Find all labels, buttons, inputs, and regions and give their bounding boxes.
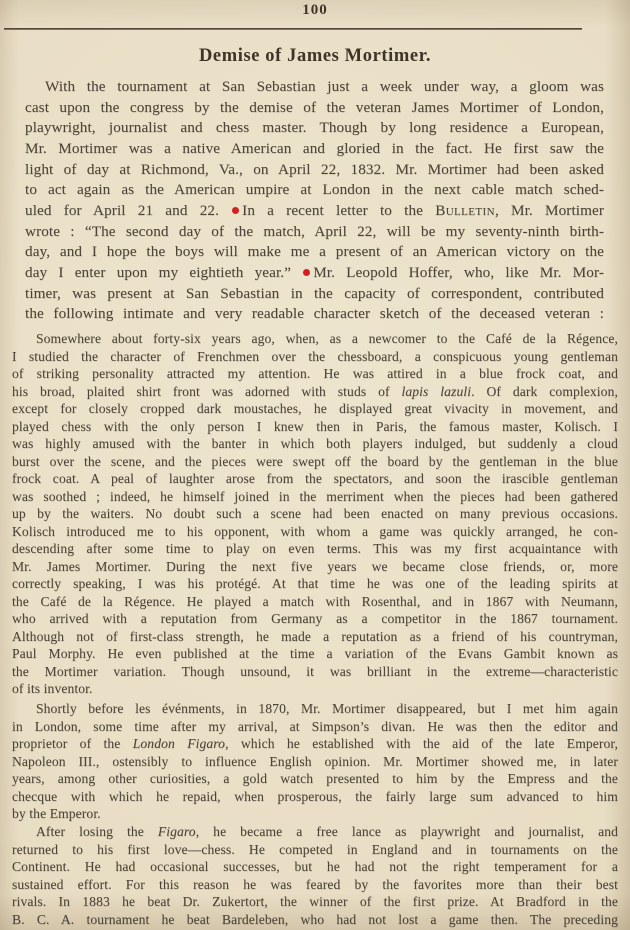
text-segment: to act again as the American umpire at L…	[25, 181, 604, 198]
text-segment: Mr. James Mortimer. During the next five…	[12, 559, 618, 574]
text-segment: , which he established with the aid of t…	[225, 736, 618, 751]
text-segment: correctly speaking, I was his protégé. A…	[12, 576, 618, 591]
text-line: rivals. In 1883 he beat Dr. Zukertort, t…	[12, 893, 618, 911]
header-rule	[4, 28, 582, 30]
text-line: in London, some time after my arrival, a…	[12, 718, 618, 736]
text-segment: wrote : “The second day of the match, Ap…	[25, 223, 604, 240]
text-line: Napoleon III., ostensibly to influence E…	[12, 753, 618, 771]
text-segment: After losing the	[36, 824, 158, 839]
text-segment: of striking personality attracted my att…	[12, 366, 618, 381]
text-segment: , Mr. Mortimer	[495, 202, 604, 219]
text-segment: descending after some time to play on ev…	[12, 541, 618, 556]
page-number: 100	[0, 2, 630, 19]
text-line: proprietor of the London Figaro, which h…	[12, 735, 618, 753]
text-segment: played chess with the only person I knew…	[12, 419, 618, 434]
text-line: playwright, journalist and chess master.…	[25, 118, 604, 139]
text-segment: I studied the character of Frenchmen ove…	[12, 349, 618, 364]
text-segment: Paul Morphy. He even published at the ti…	[12, 646, 618, 661]
text-line: frock coat. A peal of laughter arose fro…	[12, 470, 618, 488]
text-line: sustained effort. For this reason he was…	[12, 876, 618, 894]
text-segment: was highly amused with the banter in whi…	[12, 436, 618, 451]
text-segment: proprietor of the	[12, 736, 133, 751]
text-line: of its inventor.	[12, 680, 618, 698]
text-line: except for closely cropped dark moustach…	[12, 400, 618, 418]
paragraph-1: With the tournament at San Sebastian jus…	[25, 77, 604, 325]
text-segment: the Café de la Régence. He played a matc…	[12, 594, 618, 609]
text-line: Kolisch introduced me to his opponent, w…	[12, 523, 618, 541]
text-segment: Somewhere about forty-six years ago, whe…	[36, 331, 618, 346]
paragraph-3: Shortly before les événments, in 1870, M…	[12, 700, 618, 823]
text-segment: returned to his first love—chess. He com…	[12, 842, 618, 857]
red-dot-marker-icon	[232, 207, 239, 214]
text-line: Although not of first-class strength, he…	[12, 628, 618, 646]
text-segment: lapis lazuli	[401, 384, 471, 399]
text-line: was soothed ; indeed, he himself joined …	[12, 488, 618, 506]
text-line: After losing the Figaro, he became a fre…	[12, 823, 618, 841]
text-line: the following intimate and very readable…	[25, 304, 604, 325]
text-segment: checque with which he repaid, when prosp…	[12, 789, 618, 804]
text-line: wrote : “The second day of the match, Ap…	[25, 222, 604, 243]
text-segment: the Mortimer variation. Though unsound, …	[12, 664, 618, 679]
text-segment: by the Emperor.	[12, 806, 101, 821]
text-line: cast upon the congress by the demise of …	[25, 98, 604, 119]
text-segment: his broad, plaited shirt front was adorn…	[12, 384, 401, 399]
text-segment: Figaro	[158, 824, 196, 839]
paragraph-2: Somewhere about forty-six years ago, whe…	[12, 330, 618, 698]
text-line: his broad, plaited shirt front was adorn…	[12, 383, 618, 401]
text-line: Paul Morphy. He even published at the ti…	[12, 645, 618, 663]
text-segment: Continent. He had occasional successes, …	[12, 859, 618, 874]
text-line: who arrived with a reputation from Germa…	[12, 610, 618, 628]
text-line: B. C. A. tournament he beat Bardeleben, …	[12, 911, 618, 929]
text-segment: in London, some time after my arrival, a…	[12, 719, 618, 734]
text-segment: who arrived with a reputation from Germa…	[12, 611, 618, 626]
text-segment: day, and I hope the boys will make me a …	[25, 243, 604, 260]
text-line: of striking personality attracted my att…	[12, 365, 618, 383]
text-segment: B. C. A. tournament he beat Bardeleben, …	[12, 912, 618, 927]
text-segment: of its inventor.	[12, 681, 93, 696]
text-segment: years, among other curiosities, a gold w…	[12, 771, 618, 786]
text-line: day I enter upon my eightieth year.” Mr.…	[25, 263, 604, 284]
text-segment: Bulletin	[435, 202, 495, 219]
text-line: uled for April 21 and 22. In a recent le…	[25, 201, 604, 222]
text-segment: Napoleon III., ostensibly to influence E…	[12, 754, 618, 769]
text-segment: up by the waiters. No doubt such a scene…	[12, 506, 618, 521]
text-segment: uled for April 21 and 22.	[25, 202, 231, 219]
text-segment: . Of dark complexion,	[471, 384, 618, 399]
scanned-page: 100 Demise of James Mortimer. With the t…	[0, 0, 630, 930]
text-segment: timer, was present at San Sebastian in t…	[25, 285, 604, 302]
text-segment: Although not of first-class strength, he…	[12, 629, 618, 644]
text-line: by the Emperor.	[12, 805, 618, 823]
text-line: With the tournament at San Sebastian jus…	[25, 77, 604, 98]
text-segment: playwright, journalist and chess master.…	[25, 119, 604, 136]
text-segment: In a recent letter to the	[242, 202, 435, 219]
text-segment: sustained effort. For this reason he was…	[12, 877, 618, 892]
text-segment: Shortly before les événments, in 1870, M…	[36, 701, 618, 716]
text-line: played chess with the only person I knew…	[12, 418, 618, 436]
text-segment: light of day at Richmond, Va., on April …	[25, 161, 604, 178]
text-segment: frock coat. A peal of laughter arose fro…	[12, 471, 618, 486]
paragraph-4: After losing the Figaro, he became a fre…	[12, 823, 618, 928]
text-segment: Mr. Leopold Hoffer, who, like Mr. Mor-	[313, 264, 604, 281]
red-dot-marker-icon	[303, 269, 310, 276]
text-segment: London Figaro	[133, 736, 225, 751]
text-line: the Café de la Régence. He played a matc…	[12, 593, 618, 611]
article-title: Demise of James Mortimer.	[0, 46, 630, 67]
text-line: correctly speaking, I was his protégé. A…	[12, 575, 618, 593]
text-line: Mr. James Mortimer. During the next five…	[12, 558, 618, 576]
text-line: to act again as the American umpire at L…	[25, 180, 604, 201]
text-segment: , he became a free lance as playwright a…	[196, 824, 618, 839]
text-line: Continent. He had occasional successes, …	[12, 858, 618, 876]
text-line: returned to his first love—chess. He com…	[12, 841, 618, 859]
text-segment: Mr. Mortimer was a native American and g…	[25, 140, 604, 157]
text-line: I studied the character of Frenchmen ove…	[12, 348, 618, 366]
text-line: descending after some time to play on ev…	[12, 540, 618, 558]
text-segment: the following intimate and very readable…	[25, 305, 604, 322]
text-segment: burst over the scene, and the pieces wer…	[12, 454, 618, 469]
text-line: day, and I hope the boys will make me a …	[25, 242, 604, 263]
text-segment: was soothed ; indeed, he himself joined …	[12, 489, 618, 504]
text-line: Mr. Mortimer was a native American and g…	[25, 139, 604, 160]
text-line: up by the waiters. No doubt such a scene…	[12, 505, 618, 523]
text-segment: With the tournament at San Sebastian jus…	[45, 78, 604, 95]
text-segment: rivals. In 1883 he beat Dr. Zukertort, t…	[12, 894, 618, 909]
text-line: checque with which he repaid, when prosp…	[12, 788, 618, 806]
text-line: the Mortimer variation. Though unsound, …	[12, 663, 618, 681]
text-line: was highly amused with the banter in whi…	[12, 435, 618, 453]
text-line: light of day at Richmond, Va., on April …	[25, 160, 604, 181]
text-segment: except for closely cropped dark moustach…	[12, 401, 618, 416]
text-segment: day I enter upon my eightieth year.”	[25, 264, 302, 281]
text-line: years, among other curiosities, a gold w…	[12, 770, 618, 788]
text-segment: Kolisch introduced me to his opponent, w…	[12, 524, 618, 539]
text-segment: cast upon the congress by the demise of …	[25, 99, 604, 116]
text-line: burst over the scene, and the pieces wer…	[12, 453, 618, 471]
text-line: Shortly before les événments, in 1870, M…	[12, 700, 618, 718]
text-line: Somewhere about forty-six years ago, whe…	[12, 330, 618, 348]
text-line: timer, was present at San Sebastian in t…	[25, 284, 604, 305]
